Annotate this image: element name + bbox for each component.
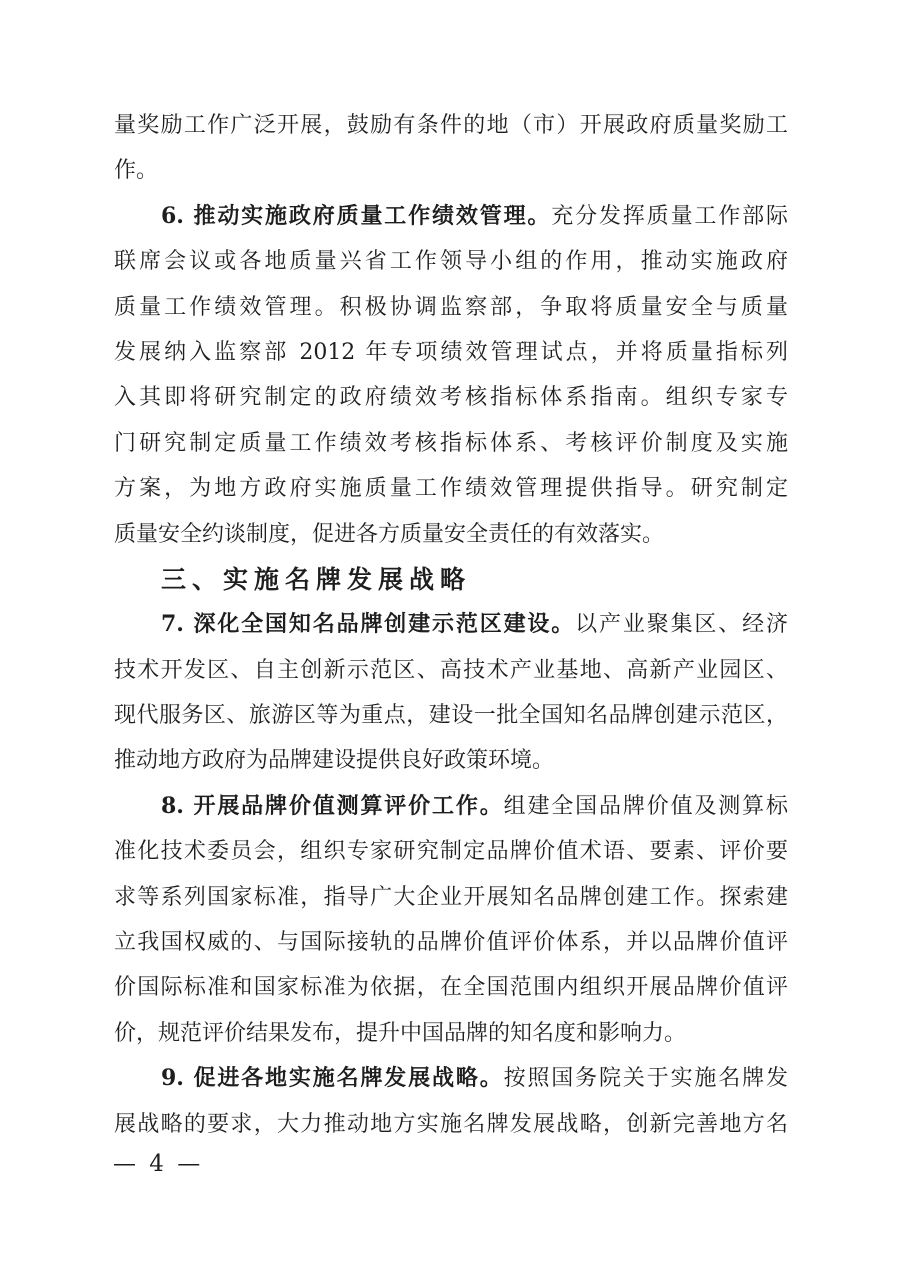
- text-line: 门研究制定质量工作绩效考核指标体系、考核评价制度及实施: [114, 421, 788, 466]
- text-line: 联席会议或各地质量兴省工作领导小组的作用，推动实施政府: [114, 239, 788, 284]
- text-line: 入其即将研究制定的政府绩效考核指标体系指南。组织专家专: [114, 375, 788, 420]
- text-line: 立我国权威的、与国际接轨的品牌价值评价体系，并以品牌价值评: [114, 920, 788, 965]
- text-line: 准化技术委员会，组织专家研究制定品牌价值术语、要素、评价要: [114, 829, 788, 874]
- text-line: 8. 开展品牌价值测算评价工作。组建全国品牌价值及测算标: [114, 784, 788, 829]
- text-line: 质量安全约谈制度，促进各方质量安全责任的有效落实。: [114, 512, 788, 557]
- line-text: 质量工作绩效管理。积极协调监察部，争取将质量安全与质量: [114, 295, 788, 320]
- item-8-title: 8. 开展品牌价值测算评价工作。: [161, 793, 504, 819]
- text-line: 6. 推动实施政府质量工作绩效管理。充分发挥质量工作部际: [114, 194, 788, 239]
- item-6-title: 6. 推动实施政府质量工作绩效管理。: [161, 203, 551, 229]
- line-text: 展战略的要求，大力推动地方实施名牌发展战略，创新完善地方名: [114, 1112, 788, 1137]
- line-text: 现代服务区、旅游区等为重点，建设一批全国知名品牌创建示范区，: [114, 703, 788, 728]
- text-line: 发展纳入监察部 2012 年专项绩效管理试点，并将质量指标列: [114, 330, 788, 375]
- section-heading-text: 三、实施名牌发展战略: [161, 565, 471, 594]
- text-line: 价，规范评价结果发布，提升中国品牌的知名度和影响力。: [114, 1011, 788, 1056]
- line-text: 量奖励工作广泛开展，鼓励有条件的地（市）开展政府质量奖励工: [114, 113, 788, 138]
- line-text: 按照国务院关于实施名牌发: [504, 1066, 788, 1091]
- text-line: 7. 深化全国知名品牌创建示范区建设。以产业聚集区、经济: [114, 602, 788, 647]
- line-text: 门研究制定质量工作绩效考核指标体系、考核评价制度及实施: [114, 431, 788, 456]
- text-line: 方案，为地方政府实施质量工作绩效管理提供指导。研究制定: [114, 466, 788, 511]
- text-line: 作。: [114, 148, 788, 193]
- line-text: 以产业聚集区、经济: [575, 612, 788, 637]
- line-text: 价，规范评价结果发布，提升中国品牌的知名度和影响力。: [114, 1021, 686, 1046]
- text-line: 求等系列国家标准，指导广大企业开展知名品牌创建工作。探索建: [114, 875, 788, 920]
- text-line: 技术开发区、自主创新示范区、高技术产业基地、高新产业园区、: [114, 648, 788, 693]
- line-text: 充分发挥质量工作部际: [551, 204, 788, 229]
- item-7-title: 7. 深化全国知名品牌创建示范区建设。: [161, 611, 575, 637]
- text-line: 9. 促进各地实施名牌发展战略。按照国务院关于实施名牌发: [114, 1056, 788, 1101]
- text-line: 展战略的要求，大力推动地方实施名牌发展战略，创新完善地方名: [114, 1102, 788, 1147]
- text-line: 价国际标准和国家标准为依据，在全国范围内组织开展品牌价值评: [114, 965, 788, 1010]
- line-text: 质量安全约谈制度，促进各方质量安全责任的有效落实。: [114, 522, 664, 547]
- line-text: 方案，为地方政府实施质量工作绩效管理提供指导。研究制定: [114, 476, 788, 501]
- text-line: 质量工作绩效管理。积极协调监察部，争取将质量安全与质量: [114, 285, 788, 330]
- line-text: 作。: [114, 158, 158, 183]
- document-page: 量奖励工作广泛开展，鼓励有条件的地（市）开展政府质量奖励工 作。 6. 推动实施…: [114, 103, 788, 1147]
- item-9-title: 9. 促进各地实施名牌发展战略。: [161, 1065, 504, 1091]
- line-text: 推动地方政府为品牌建设提供良好政策环境。: [114, 748, 554, 773]
- line-text: 入其即将研究制定的政府绩效考核指标体系指南。组织专家专: [114, 385, 788, 410]
- line-text: 组建全国品牌价值及测算标: [504, 794, 788, 819]
- line-text: 发展纳入监察部 2012 年专项绩效管理试点，并将质量指标列: [114, 340, 788, 365]
- line-text: 联席会议或各地质量兴省工作领导小组的作用，推动实施政府: [114, 249, 788, 274]
- text-line: 量奖励工作广泛开展，鼓励有条件的地（市）开展政府质量奖励工: [114, 103, 788, 148]
- line-text: 求等系列国家标准，指导广大企业开展知名品牌创建工作。探索建: [114, 885, 788, 910]
- line-text: 价国际标准和国家标准为依据，在全国范围内组织开展品牌价值评: [114, 975, 788, 1000]
- page-number: — 4 —: [113, 1148, 203, 1180]
- line-text: 准化技术委员会，组织专家研究制定品牌价值术语、要素、评价要: [114, 839, 788, 864]
- text-line: 现代服务区、旅游区等为重点，建设一批全国知名品牌创建示范区，: [114, 693, 788, 738]
- line-text: 立我国权威的、与国际接轨的品牌价值评价体系，并以品牌价值评: [114, 930, 788, 955]
- section-heading-3: 三、实施名牌发展战略: [114, 557, 788, 602]
- text-line: 推动地方政府为品牌建设提供良好政策环境。: [114, 738, 788, 783]
- line-text: 技术开发区、自主创新示范区、高技术产业基地、高新产业园区、: [114, 658, 788, 683]
